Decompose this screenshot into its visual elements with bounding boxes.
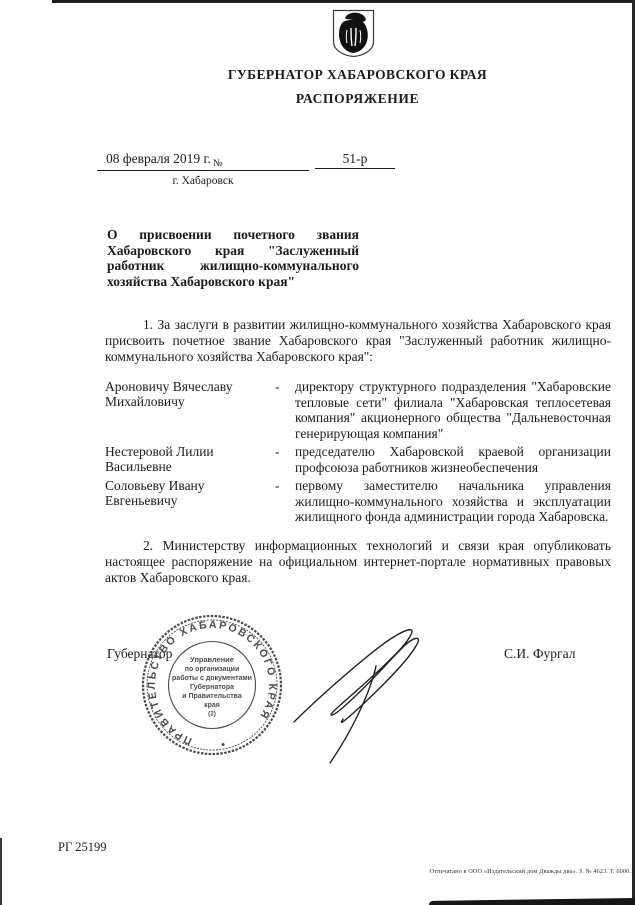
recipients-table: Ароновичу Вячеславу Михайловичу - директ…	[105, 379, 611, 525]
date-segment: 08 февраля 2019 г.№	[97, 151, 309, 171]
scanned-decree-page: ГУБЕРНАТОР ХАБАРОВСКОГО КРАЯ РАСПОРЯЖЕНИ…	[0, 0, 635, 905]
issuing-authority-title: ГУБЕРНАТОР ХАБАРОВСКОГО КРАЯ	[105, 67, 610, 83]
recipient-dash: -	[275, 478, 295, 525]
svg-text:ПРАВИТЕЛЬСТВО ХАБАРОВСКОГО КРА: ПРАВИТЕЛЬСТВО ХАБАРОВСКОГО КРАЯ	[146, 619, 278, 747]
stamp-inner-line: и Правительства	[182, 693, 242, 700]
scan-edge-top	[52, 0, 635, 3]
document-number: 51-р	[315, 151, 395, 169]
svg-text:•: •	[220, 738, 226, 751]
coat-of-arms-bear-icon	[331, 8, 376, 58]
stamp-inner-line: работы с документами	[172, 674, 252, 682]
recipient-name: Нестеровой Лилии Васильевне	[105, 444, 275, 475]
date-number-line: 08 февраля 2019 г.№51-р	[97, 151, 395, 171]
stamp-inner-line: Губернатора	[190, 683, 234, 691]
document-date: 08 февраля 2019 г.	[106, 151, 211, 166]
document-type-title: РАСПОРЯЖЕНИЕ	[105, 91, 610, 107]
official-round-stamp: ПРАВИТЕЛЬСТВО ХАБАРОВСКОГО КРАЯ • Управл…	[139, 612, 285, 758]
recipient-position: первому заместителю начальника управлени…	[295, 478, 611, 525]
place-of-issue: г. Хабаровск	[97, 175, 309, 187]
stamp-inner-line: (2)	[208, 711, 216, 718]
signatory-name: С.И. Фургал	[504, 646, 575, 662]
stamp-inner-line: Управление	[190, 655, 234, 664]
printing-house-note: Отпечатано в ООО «Издательский дом Дважд…	[430, 868, 631, 875]
recipient-dash: -	[275, 444, 295, 475]
stamp-inner-line: по организации	[185, 666, 240, 673]
handwritten-signature	[288, 610, 448, 765]
registration-code: РГ 25199	[58, 840, 107, 855]
scan-edge-bottom	[429, 898, 635, 905]
number-sign: №	[213, 158, 223, 169]
body-paragraph-1: 1. За заслуги в развитии жилищно-коммуна…	[105, 317, 611, 364]
recipient-dash: -	[275, 379, 295, 441]
recipient-position: председателю Хабаровской краевой организ…	[295, 444, 611, 475]
recipient-position: директору структурного подразделения "Ха…	[295, 379, 611, 441]
stamp-inner-line: края	[204, 702, 220, 709]
scan-edge-left	[0, 838, 2, 905]
body-paragraph-2: 2. Министерству информационных технологи…	[105, 538, 611, 585]
recipient-name: Соловьеву Ивану Евгеньевичу	[105, 478, 275, 525]
stamp-bullet: •	[220, 738, 226, 751]
recipient-name: Ароновичу Вячеславу Михайловичу	[105, 379, 275, 441]
document-title: О присвоении почетного звания Хабаровско…	[107, 227, 359, 289]
stamp-ring-text: ПРАВИТЕЛЬСТВО ХАБАРОВСКОГО КРАЯ	[146, 619, 278, 747]
